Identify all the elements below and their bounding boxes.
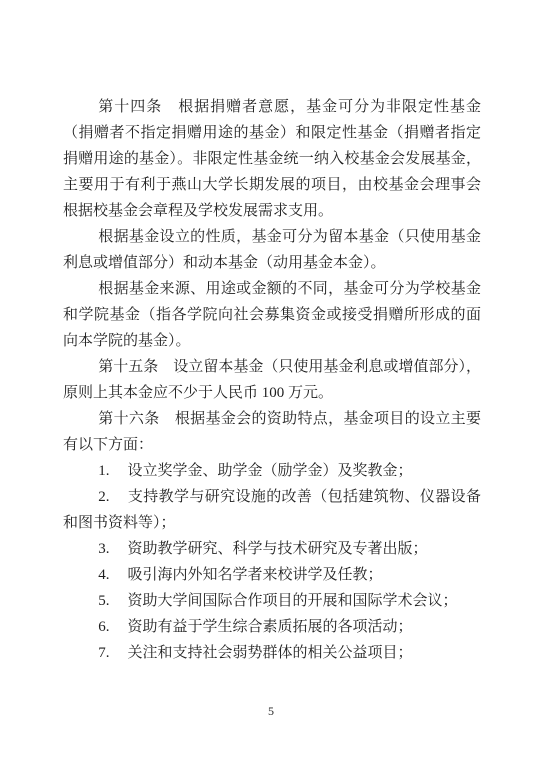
list-item-2-number: 2. — [98, 489, 109, 505]
page-number: 5 — [0, 704, 542, 719]
list-item-3: 3.资助教学研究、科学与技术研究及专著出版； — [63, 536, 481, 562]
list-item-6-number: 6. — [98, 619, 109, 635]
document-page: 第十四条 根据捐赠者意愿，基金可分为非限定性基金（捐赠者不指定捐赠用途的基金）和… — [0, 0, 542, 768]
list-item-3-text: 资助教学研究、科学与技术研究及专著出版； — [128, 541, 428, 557]
list-item-6: 6.资助有益于学生综合素质拓展的各项活动； — [63, 614, 481, 640]
list-item-2-text: 支持教学与研究设施的改善（包括建筑物、仪器设备和图书资料等）； — [63, 489, 481, 531]
paragraph-article-15: 第十五条 设立留本基金（只使用基金利息或增值部分），原则上其本金应不少于人民币 … — [63, 354, 481, 406]
list-item-7-text: 关注和支持社会弱势群体的相关公益项目； — [128, 645, 413, 661]
list-item-4-text: 吸引海内外知名学者来校讲学及任教； — [128, 567, 383, 583]
list-item-1: 1.设立奖学金、助学金（励学金）及奖教金； — [63, 458, 481, 484]
list-item-7: 7.关注和支持社会弱势群体的相关公益项目； — [63, 640, 481, 666]
list-item-7-number: 7. — [98, 645, 109, 661]
list-item-5-number: 5. — [98, 593, 109, 609]
list-item-2: 2.支持教学与研究设施的改善（包括建筑物、仪器设备和图书资料等）； — [63, 484, 481, 536]
list-item-3-number: 3. — [98, 541, 109, 557]
list-item-4-number: 4. — [98, 567, 109, 583]
list-item-1-text: 设立奖学金、助学金（励学金）及奖教金； — [128, 463, 413, 479]
paragraph-article-16: 第十六条 根据基金会的资助特点，基金项目的设立主要有以下方面： — [63, 406, 481, 458]
list-item-5: 5.资助大学间国际合作项目的开展和国际学术会议； — [63, 588, 481, 614]
list-item-4: 4.吸引海内外知名学者来校讲学及任教； — [63, 562, 481, 588]
paragraph-article-14: 第十四条 根据捐赠者意愿，基金可分为非限定性基金（捐赠者不指定捐赠用途的基金）和… — [63, 94, 481, 224]
list-item-6-text: 资助有益于学生综合素质拓展的各项活动； — [128, 619, 413, 635]
paragraph-fund-source: 根据基金来源、用途或金额的不同，基金可分为学校基金和学院基金（指各学院向社会募集… — [63, 276, 481, 354]
list-item-5-text: 资助大学间国际合作项目的开展和国际学术会议； — [128, 593, 458, 609]
paragraph-fund-nature: 根据基金设立的性质，基金可分为留本基金（只使用基金利息或增值部分）和动本基金（动… — [63, 224, 481, 276]
list-item-1-number: 1. — [98, 463, 109, 479]
document-body: 第十四条 根据捐赠者意愿，基金可分为非限定性基金（捐赠者不指定捐赠用途的基金）和… — [63, 94, 481, 666]
